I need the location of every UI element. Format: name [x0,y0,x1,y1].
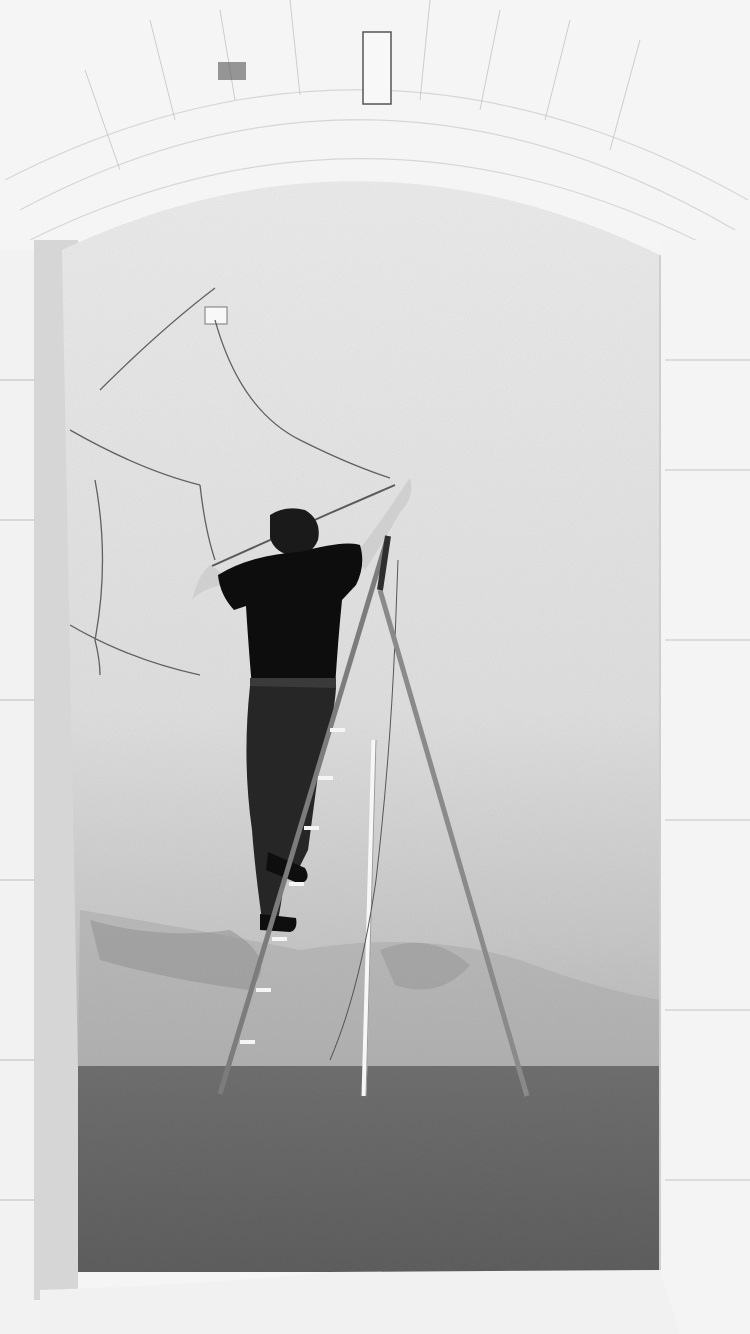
dark-brick [218,62,246,80]
head [270,508,319,556]
right-jamb [660,240,750,1334]
scene [0,0,750,1334]
floor [78,1066,660,1272]
photograph [0,0,750,1334]
keystone-brick [363,32,391,104]
